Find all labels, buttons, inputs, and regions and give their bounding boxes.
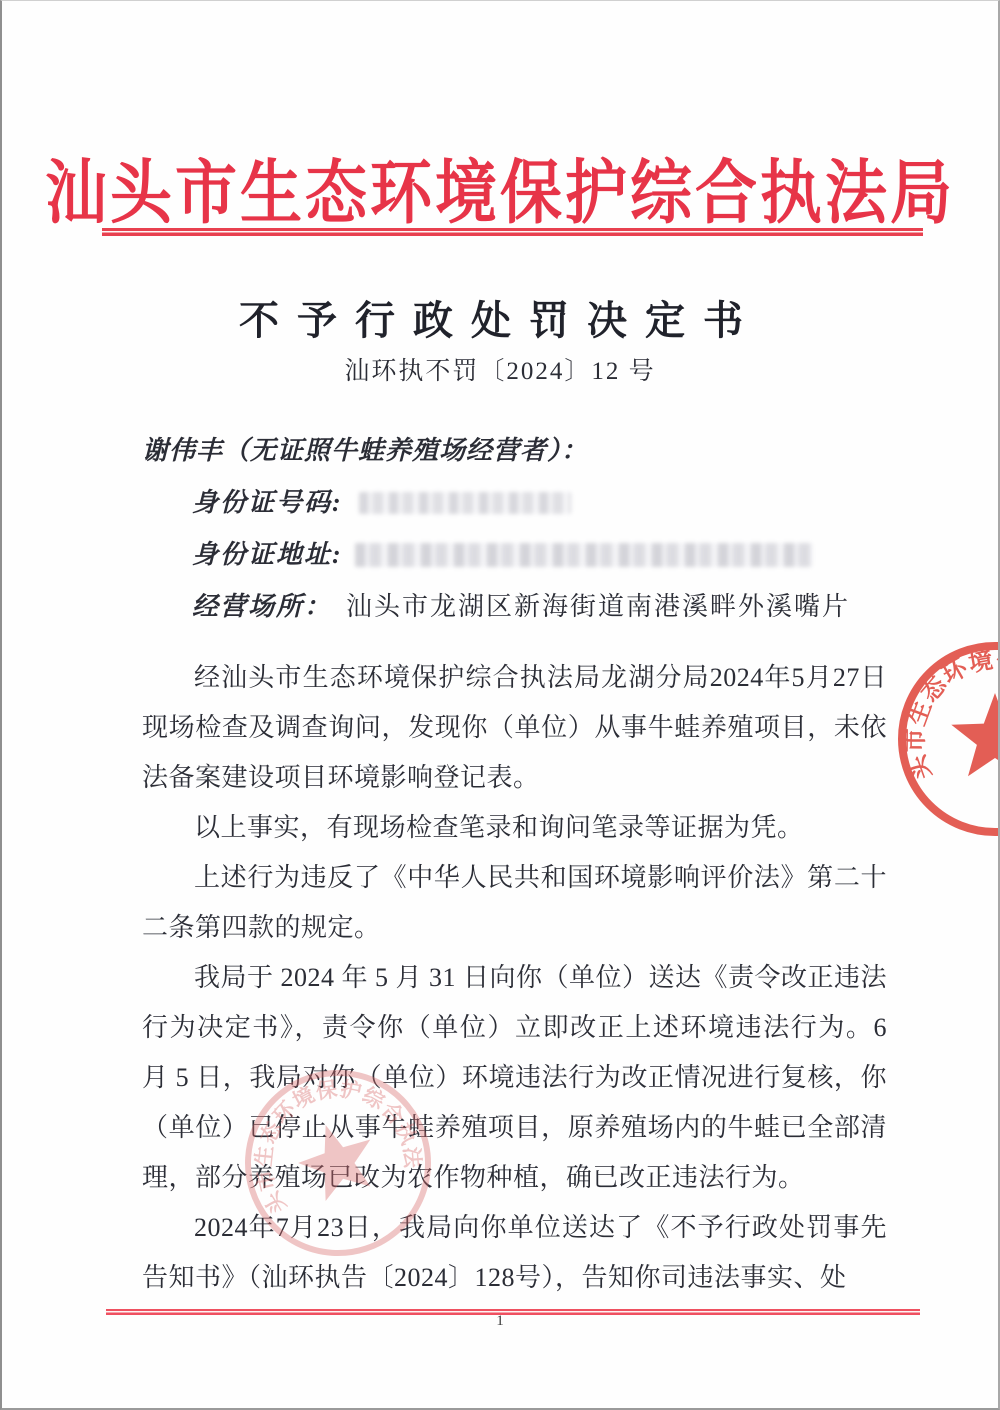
paragraph-law-violated: 上述行为违反了《中华人民共和国环境影响评价法》第二十二条第四款的规定。 — [142, 853, 887, 953]
id-number-label: 身份证号码: — [192, 477, 343, 529]
paragraph-prior-notice: 2024年7月23日，我局向你单位送达了《不予行政处罚事先告知书》（汕环执告〔2… — [142, 1203, 887, 1303]
paragraph-evidence: 以上事实，有现场检查笔录和询问笔录等证据为凭。 — [142, 803, 887, 853]
document-body: 经汕头市生态环境保护综合执法局龙湖分局2024年5月27日现场检查及调查询问，发… — [142, 653, 887, 1303]
business-premises-value: 汕头市龙湖区新海街道南港溪畔外溪嘴片 — [346, 581, 850, 633]
seal-arc-text: 汕头市生态环境保护综合执法局 — [902, 646, 1000, 784]
document-title: 不予行政处罚决定书 — [2, 289, 998, 346]
page-number: 1 — [2, 1313, 998, 1330]
seal-star-icon — [951, 693, 1000, 776]
id-address-label: 身份证地址: — [192, 529, 343, 581]
recipient-line: 谢伟丰（无证照牛蛙养殖场经营者）： — [142, 425, 887, 477]
business-premises-label: 经营场所： — [192, 581, 332, 633]
paragraph-inspection-findings: 经汕头市生态环境保护综合执法局龙湖分局2024年5月27日现场检查及调查询问，发… — [142, 653, 887, 803]
recipient-section: 谢伟丰（无证照牛蛙养殖场经营者）： 身份证号码: 身份证地址: 经营场所： 汕头… — [142, 425, 887, 633]
agency-letterhead-title: 汕头市生态环境保护综合执法局 — [2, 137, 998, 237]
document-page: 汕头市生态环境保护综合执法局 不予行政处罚决定书 汕环执不罚〔2024〕12 号… — [0, 0, 1000, 1410]
redacted-id-address-value — [355, 543, 813, 567]
svg-text:汕头市生态环境保护综合执法局: 汕头市生态环境保护综合执法局 — [902, 646, 1000, 784]
field-id-number: 身份证号码: — [142, 477, 887, 529]
field-id-address: 身份证地址: — [142, 529, 887, 581]
field-business-premises: 经营场所： 汕头市龙湖区新海街道南港溪畔外溪嘴片 — [142, 581, 887, 633]
redacted-id-number-value — [359, 492, 571, 514]
letterhead-divider-rule — [102, 228, 923, 236]
document-number: 汕环执不罚〔2024〕12 号 — [2, 351, 998, 387]
official-seal-right-stamp: 汕头市生态环境保护综合执法局 — [872, 616, 1000, 862]
paragraph-correction-order: 我局于 2024 年 5 月 31 日向你（单位）送达《责令改正违法行为决定书》… — [142, 953, 887, 1203]
